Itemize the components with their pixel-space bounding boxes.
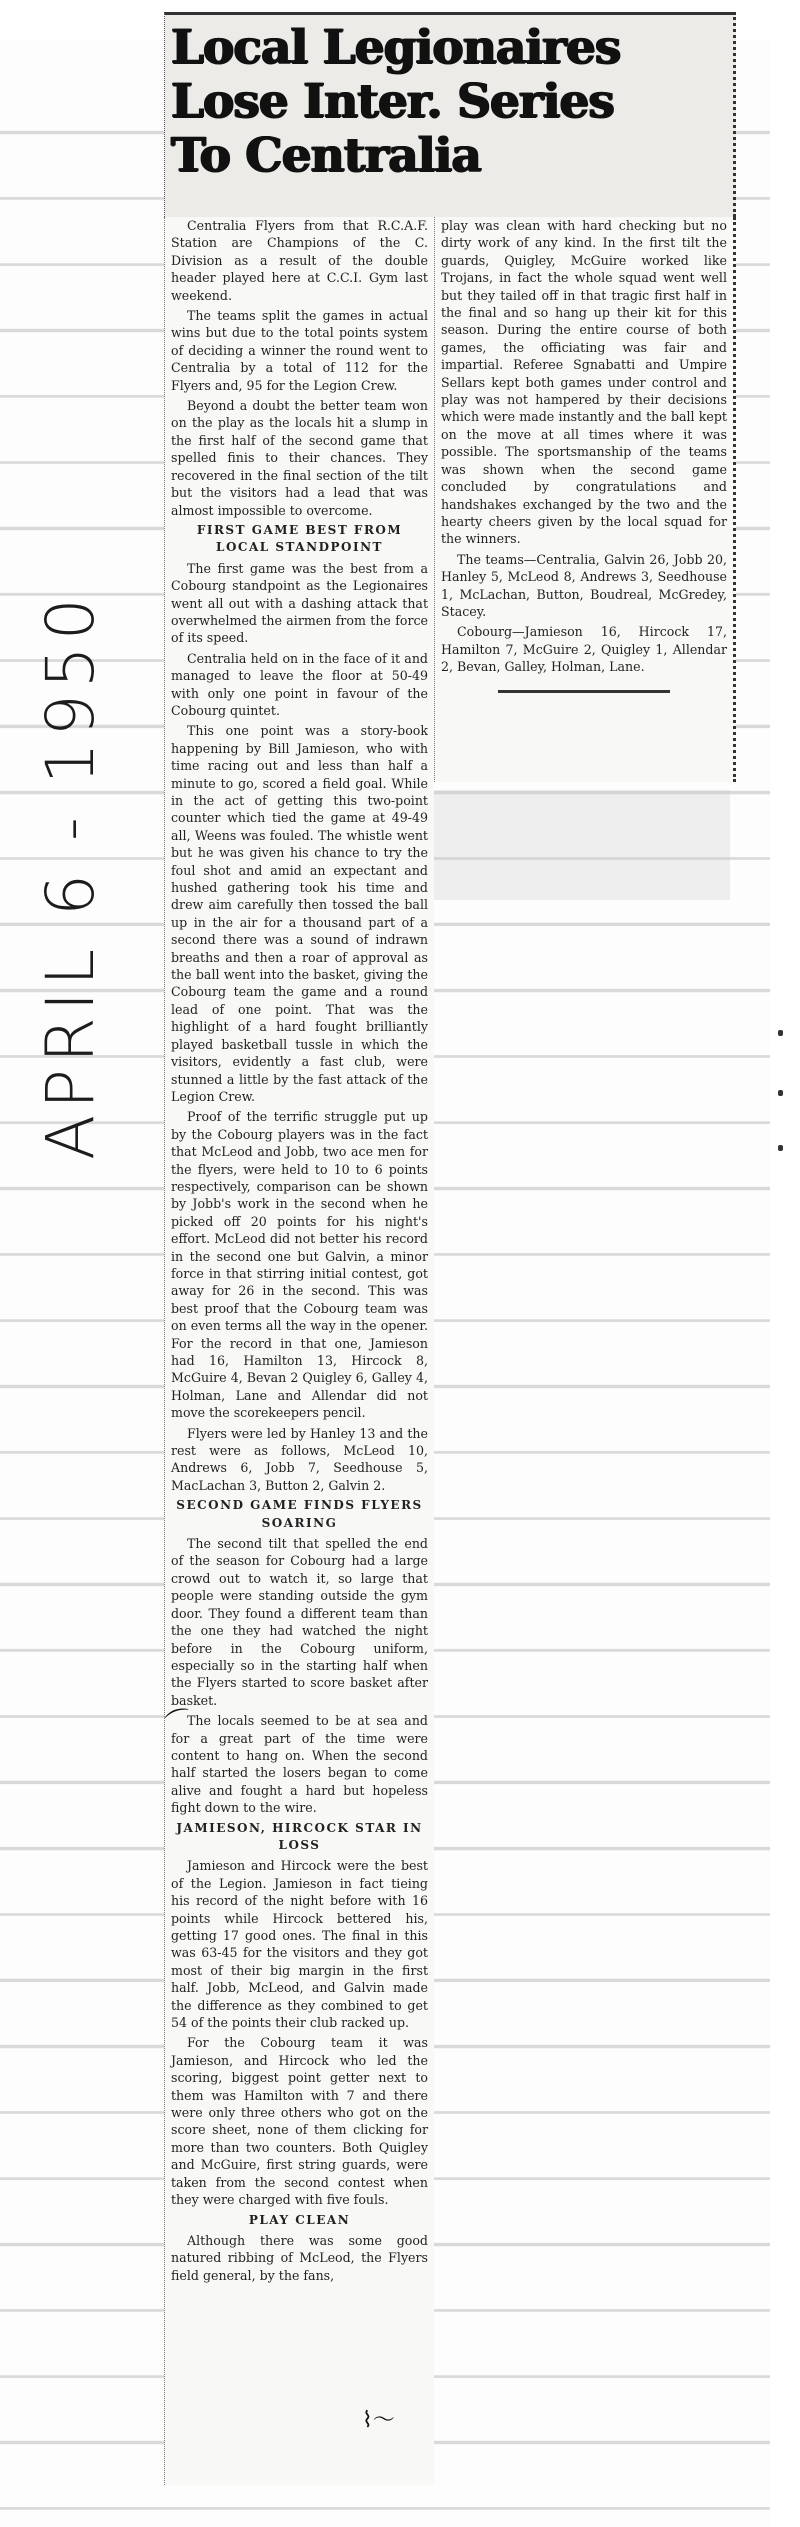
headline-line: Lose Inter. Series <box>171 75 727 129</box>
article-paragraph: Centralia Flyers from that R.C.A.F. Stat… <box>171 217 428 304</box>
article-paragraph: The first game was the best from a Cobou… <box>171 560 428 647</box>
subheading: PLAY CLEAN <box>171 2212 428 2229</box>
article-column-right: play was clean with hard checking but no… <box>434 217 736 782</box>
edge-mark <box>778 1030 783 1036</box>
subheading: SECOND GAME FINDS FLYERS SOARING <box>171 1497 428 1532</box>
tape-strip <box>430 790 730 900</box>
article-paragraph: The second tilt that spelled the end of … <box>171 1535 428 1709</box>
headline-line: Local Legionaires <box>171 21 727 75</box>
subheading: FIRST GAME BEST FROM LOCAL STANDPOINT <box>171 522 428 557</box>
subheading: JAMIESON, HIRCOCK STAR IN LOSS <box>171 1820 428 1855</box>
article-paragraph: Cobourg—Jamieson 16, Hircock 17, Hamilto… <box>441 623 727 675</box>
article-paragraph: For the Cobourg team it was Jamieson, an… <box>171 2034 428 2208</box>
article-paragraph: Beyond a doubt the better team won on th… <box>171 397 428 519</box>
headline-box: Local Legionaires Lose Inter. Series To … <box>164 12 736 217</box>
page-edge <box>770 0 800 2527</box>
article-column-left: Centralia Flyers from that R.C.A.F. Stat… <box>164 217 434 2485</box>
edge-mark <box>778 1090 783 1096</box>
article-paragraph: The locals seemed to be at sea and for a… <box>171 1712 428 1816</box>
handwritten-date: APRIL 6 - 1950 <box>32 592 109 1160</box>
edge-mark <box>778 1145 783 1151</box>
article-paragraph: Centralia held on in the face of it and … <box>171 650 428 720</box>
article-paragraph: Flyers were led by Hanley 13 and the res… <box>171 1425 428 1495</box>
column-end-rule <box>498 690 670 693</box>
article-paragraph: This one point was a story-book happenin… <box>171 722 428 1105</box>
article-paragraph: The teams—Centralia, Galvin 26, Jobb 20,… <box>441 551 727 621</box>
article-paragraph: play was clean with hard checking but no… <box>441 217 727 548</box>
article-paragraph: The teams split the games in actual wins… <box>171 307 428 394</box>
pen-scribble-mark: ⌇〜 <box>362 2403 395 2434</box>
headline-line: To Centralia <box>171 129 727 183</box>
article-paragraph: Proof of the terrific struggle put up by… <box>171 1108 428 1421</box>
article-paragraph: Jamieson and Hircock were the best of th… <box>171 1857 428 2031</box>
article-headline: Local Legionaires Lose Inter. Series To … <box>171 21 727 183</box>
article-paragraph: Although there was some good natured rib… <box>171 2232 428 2284</box>
